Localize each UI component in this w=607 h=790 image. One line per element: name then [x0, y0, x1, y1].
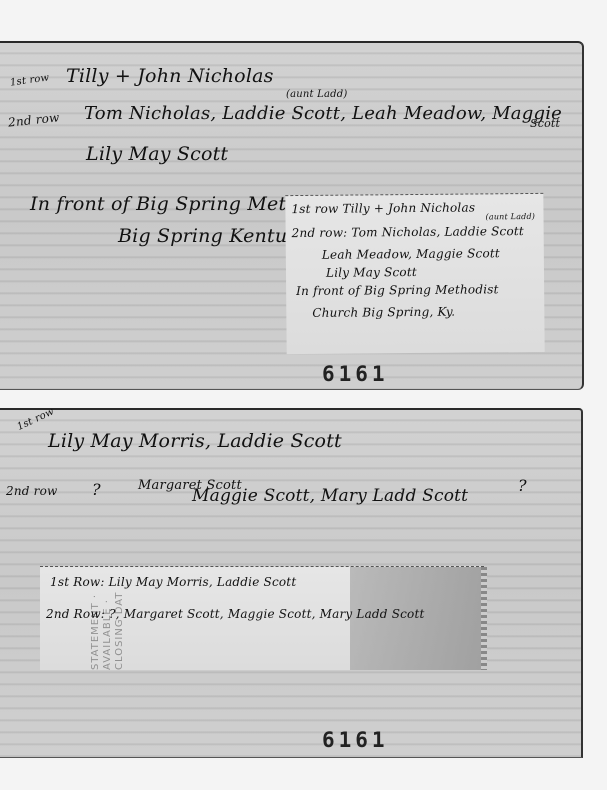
row2-label: 2nd row: [6, 484, 58, 498]
top-pasted-label: 1st row Tilly + John Nicholas (aunt Ladd…: [285, 193, 544, 354]
row2-cont: Lily May Scott: [86, 143, 228, 165]
label-line4: Lily May Scott: [326, 265, 417, 280]
row2-wrap: Scott: [530, 117, 560, 130]
perforated-edge: [481, 567, 487, 670]
row2-question-1: ?: [92, 480, 101, 499]
bottom-pasted-label: STATEMENT · AVAILABLE · CLOSING DAT 1st …: [40, 566, 484, 670]
catalog-number: 6161: [322, 728, 389, 752]
row2-question-2: ?: [518, 476, 527, 495]
catalog-number: 6161: [322, 362, 389, 386]
location-line1: In front of Big Spring Metho: [30, 193, 310, 215]
label-line5: In front of Big Spring Methodist: [296, 282, 499, 298]
row2-label: 2nd row: [7, 110, 60, 129]
label-line1: 1st row Tilly + John Nicholas: [291, 200, 475, 216]
location-line2: Big Spring Kentu: [118, 225, 287, 247]
row1-label: 1st row: [9, 72, 50, 88]
label-aunt-note: (aunt Ladd): [485, 212, 535, 221]
label-line2: 2nd Row: ?, Margaret Scott, Maggie Scott…: [46, 607, 425, 621]
row2-names: Tom Nicholas, Laddie Scott, Leah Meadow,…: [84, 103, 562, 124]
label-line6: Church Big Spring, Ky.: [312, 305, 455, 320]
row1-label: 1st row: [16, 406, 56, 433]
row1-names: Lily May Morris, Laddie Scott: [48, 430, 342, 452]
row1-names: Tilly + John Nicholas: [66, 65, 274, 87]
label-line3: Leah Meadow, Maggie Scott: [322, 246, 500, 262]
label-line1: 1st Row: Lily May Morris, Laddie Scott: [50, 575, 296, 589]
row2-names: Maggie Scott, Mary Ladd Scott: [192, 486, 468, 506]
label-line2: 2nd row: Tom Nicholas, Laddie Scott: [292, 224, 524, 240]
aunt-note: (aunt Ladd): [286, 89, 347, 100]
